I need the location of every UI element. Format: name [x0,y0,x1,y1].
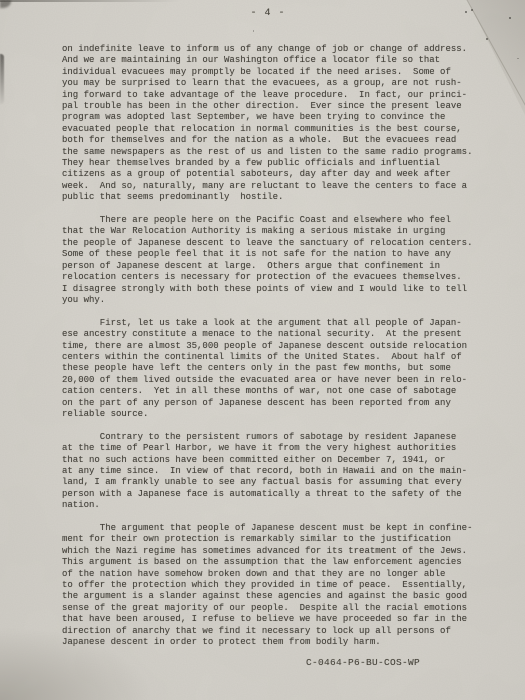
footer-document-code: C-0464-P6-BU-COS-WP [306,657,420,668]
ink-speck [517,58,519,59]
document-body: on indefinite leave to inform us of any … [62,44,477,648]
body-paragraph: on indefinite leave to inform us of any … [62,44,477,204]
body-paragraph: The argument that people of Japanese des… [62,523,477,648]
scan-corner-mark [0,0,11,8]
scan-edge-left-smudge [0,54,4,104]
ink-speck [509,17,511,19]
page-number: - 4 - [62,8,474,19]
scan-edge-top [0,0,180,2]
body-paragraph: Contrary to the persistent rumors of sab… [62,432,477,512]
scanned-document-page: - 4 - on indefinite leave to inform us o… [0,0,525,700]
body-paragraph: There are people here on the Pacific Coa… [62,215,477,306]
body-paragraph: First, let us take a look at the argumen… [62,318,477,421]
ink-speck [486,38,488,40]
ink-speck [253,30,254,32]
